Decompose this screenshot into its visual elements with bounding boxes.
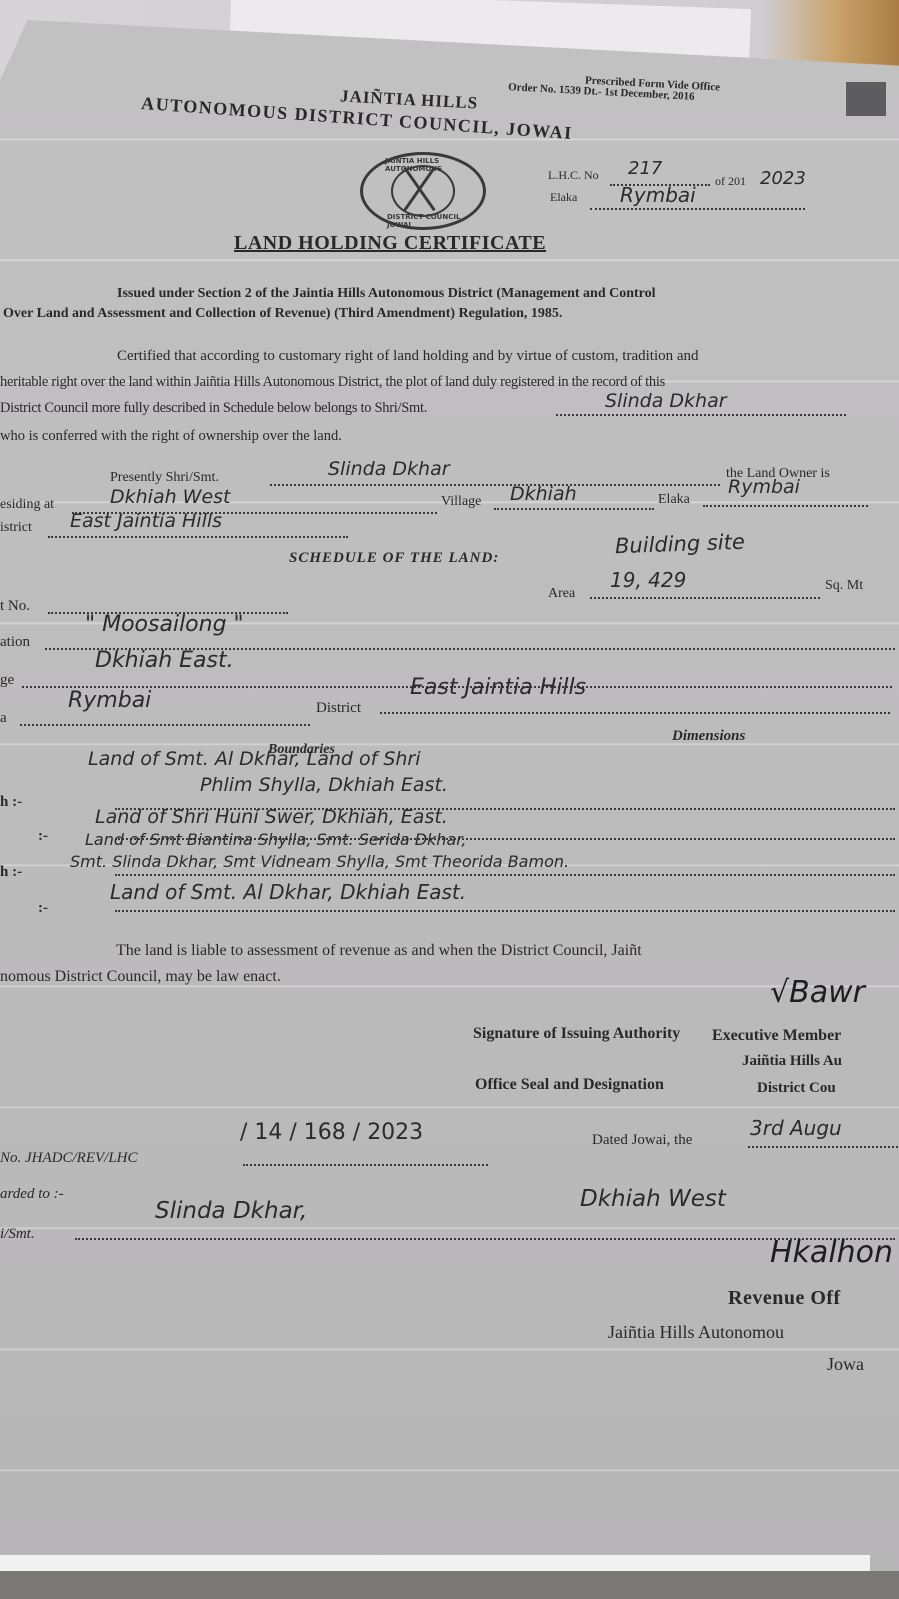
presently-dotted-line [270, 484, 720, 486]
forwarded-place-value: Dkhiah West [580, 1186, 726, 1212]
area-unit: Sq. Mt [825, 578, 863, 594]
schedule-elaka-label: a [0, 710, 7, 727]
seal-bottom-text: DISTRICT COUNCIL JOWAI [387, 213, 483, 229]
boundary-side-label: h :- [0, 864, 22, 881]
village-value: Dkhiah [510, 483, 577, 505]
certification-line1: Certified that according to customary ri… [117, 348, 699, 365]
issued-under-line1: Issued under Section 2 of the Jaintia Hi… [117, 286, 656, 302]
presently-owner-value: Slinda Dkhar [328, 458, 450, 480]
boundary-dotted-line [115, 874, 895, 876]
residing-value: Dkhiah West [110, 486, 231, 508]
reference-dotted-line [243, 1164, 488, 1166]
boundary-line: Land of Shri Huni Swer, Dkhiah, East. [95, 806, 448, 828]
liability-line2: nomous District Council, may be law enac… [0, 968, 281, 986]
designation-line3: District Cou [757, 1080, 836, 1097]
revenue-officer-line2: Jaiñtia Hills Autonomou [608, 1322, 784, 1343]
presently-label: Presently Shri/Smt. [110, 470, 219, 486]
dated-value: 3rd Augu [750, 1116, 842, 1140]
boundary-side-label: :- [38, 828, 48, 845]
boundary-dotted-line [115, 910, 895, 912]
of-year-label: of 201 [715, 174, 746, 189]
signature-issuing-authority-label: Signature of Issuing Authority [473, 1025, 680, 1043]
certification-line4: who is conferred with the right of owner… [0, 428, 342, 445]
boundary-line: Smt. Slinda Dkhar, Smt Vidneam Shylla, S… [70, 852, 569, 871]
schedule-district-dotted-line [380, 712, 890, 714]
boundary-line: Land of Smt. Al Dkhar, Dkhiah East. [110, 880, 466, 904]
owner-dotted-line [556, 414, 846, 416]
elaka-value: Rymbai [620, 183, 696, 207]
forwarded-to-label: arded to :- [0, 1186, 64, 1203]
boundary-line: Phlim Shylla, Dkhiah East. [200, 774, 448, 796]
seal-top-text: JAIÑTIA HILLS AUTONOMOUS [385, 157, 483, 173]
area-label: Area [548, 586, 575, 602]
village-dotted-line [494, 508, 654, 510]
executive-member-signature: √Bawr [770, 975, 865, 1010]
elaka-label: Elaka [550, 190, 577, 205]
schedule-elaka-dotted-line [20, 724, 310, 726]
boundary-side-label: :- [38, 900, 48, 917]
issued-under-line2: Over Land and Assessment and Collection … [3, 306, 562, 322]
area-value: 19, 429 [610, 568, 686, 592]
schedule-district-value: East Jaintia Hills [410, 675, 586, 700]
owner-elaka-dotted-line [703, 505, 868, 507]
owner-elaka-label: Elaka [658, 492, 690, 508]
reference-no-value: / 14 / 168 / 2023 [240, 1120, 423, 1145]
residing-label: esiding at [0, 497, 54, 513]
liability-line1: The land is liable to assessment of reve… [116, 942, 642, 960]
district-dotted-line [48, 536, 348, 538]
designation-line2: Jaiñtia Hills Au [742, 1053, 842, 1070]
location-value: " Moosailong " [85, 612, 244, 637]
district-value: East Jaintia Hills [70, 510, 222, 532]
revenue-officer-title: Revenue Off [728, 1287, 841, 1310]
schedule-village-value: Dkhiah East. [95, 648, 234, 673]
boundary-side-label: h :- [0, 794, 22, 811]
village-label: Village [441, 494, 481, 510]
schedule-district-label: District [316, 700, 361, 717]
owner-name-value: Slinda Dkhar [605, 390, 727, 412]
location-label: ation [0, 634, 30, 651]
office-seal-designation-label: Office Seal and Designation [475, 1076, 664, 1094]
revenue-officer-signature: Hkalhon [770, 1235, 893, 1270]
plot-no-label: t No. [0, 598, 30, 615]
schedule-heading: SCHEDULE OF THE LAND: [289, 550, 499, 567]
table-surface [0, 1571, 899, 1599]
boundary-line: Land of Smt. Al Dkhar, Land of Shri [88, 748, 421, 770]
reference-no-label: No. JHADC/REV/LHC [0, 1150, 138, 1167]
land-type-value: Building site [615, 530, 746, 559]
lhc-label: L.H.C. No [548, 168, 599, 183]
boundary-line: Land of Smt Biantina Shylla, Smt. Serida… [85, 830, 466, 849]
dimensions-label: Dimensions [672, 728, 745, 745]
district-label: istrict [0, 520, 32, 536]
lhc-number-value: 217 [628, 158, 662, 179]
dated-label: Dated Jowai, the [592, 1132, 692, 1149]
executive-member-designation: Executive Member [712, 1027, 841, 1045]
forwarded-shri-smt-label: i/Smt. [0, 1226, 35, 1243]
dated-dotted-line [748, 1146, 898, 1148]
schedule-elaka-value: Rymbai [68, 688, 151, 713]
lhc-year-value: 2023 [760, 168, 806, 189]
revenue-officer-line3: Jowa [827, 1354, 864, 1375]
forwarded-name-value: Slinda Dkhar, [155, 1198, 307, 1224]
council-seal-logo: JAIÑTIA HILLS AUTONOMOUS DISTRICT COUNCI… [360, 152, 486, 230]
corner-stamp [846, 82, 886, 116]
certification-line2: heritable right over the land within Jai… [0, 374, 665, 391]
area-dotted-line [590, 597, 820, 599]
certification-line3: District Council more fully described in… [0, 400, 427, 417]
owner-elaka-value: Rymbai [728, 476, 800, 498]
certificate-title: LAND HOLDING CERTIFICATE [234, 232, 546, 255]
elaka-dotted-line [590, 208, 805, 210]
schedule-village-label: ge [0, 672, 14, 689]
